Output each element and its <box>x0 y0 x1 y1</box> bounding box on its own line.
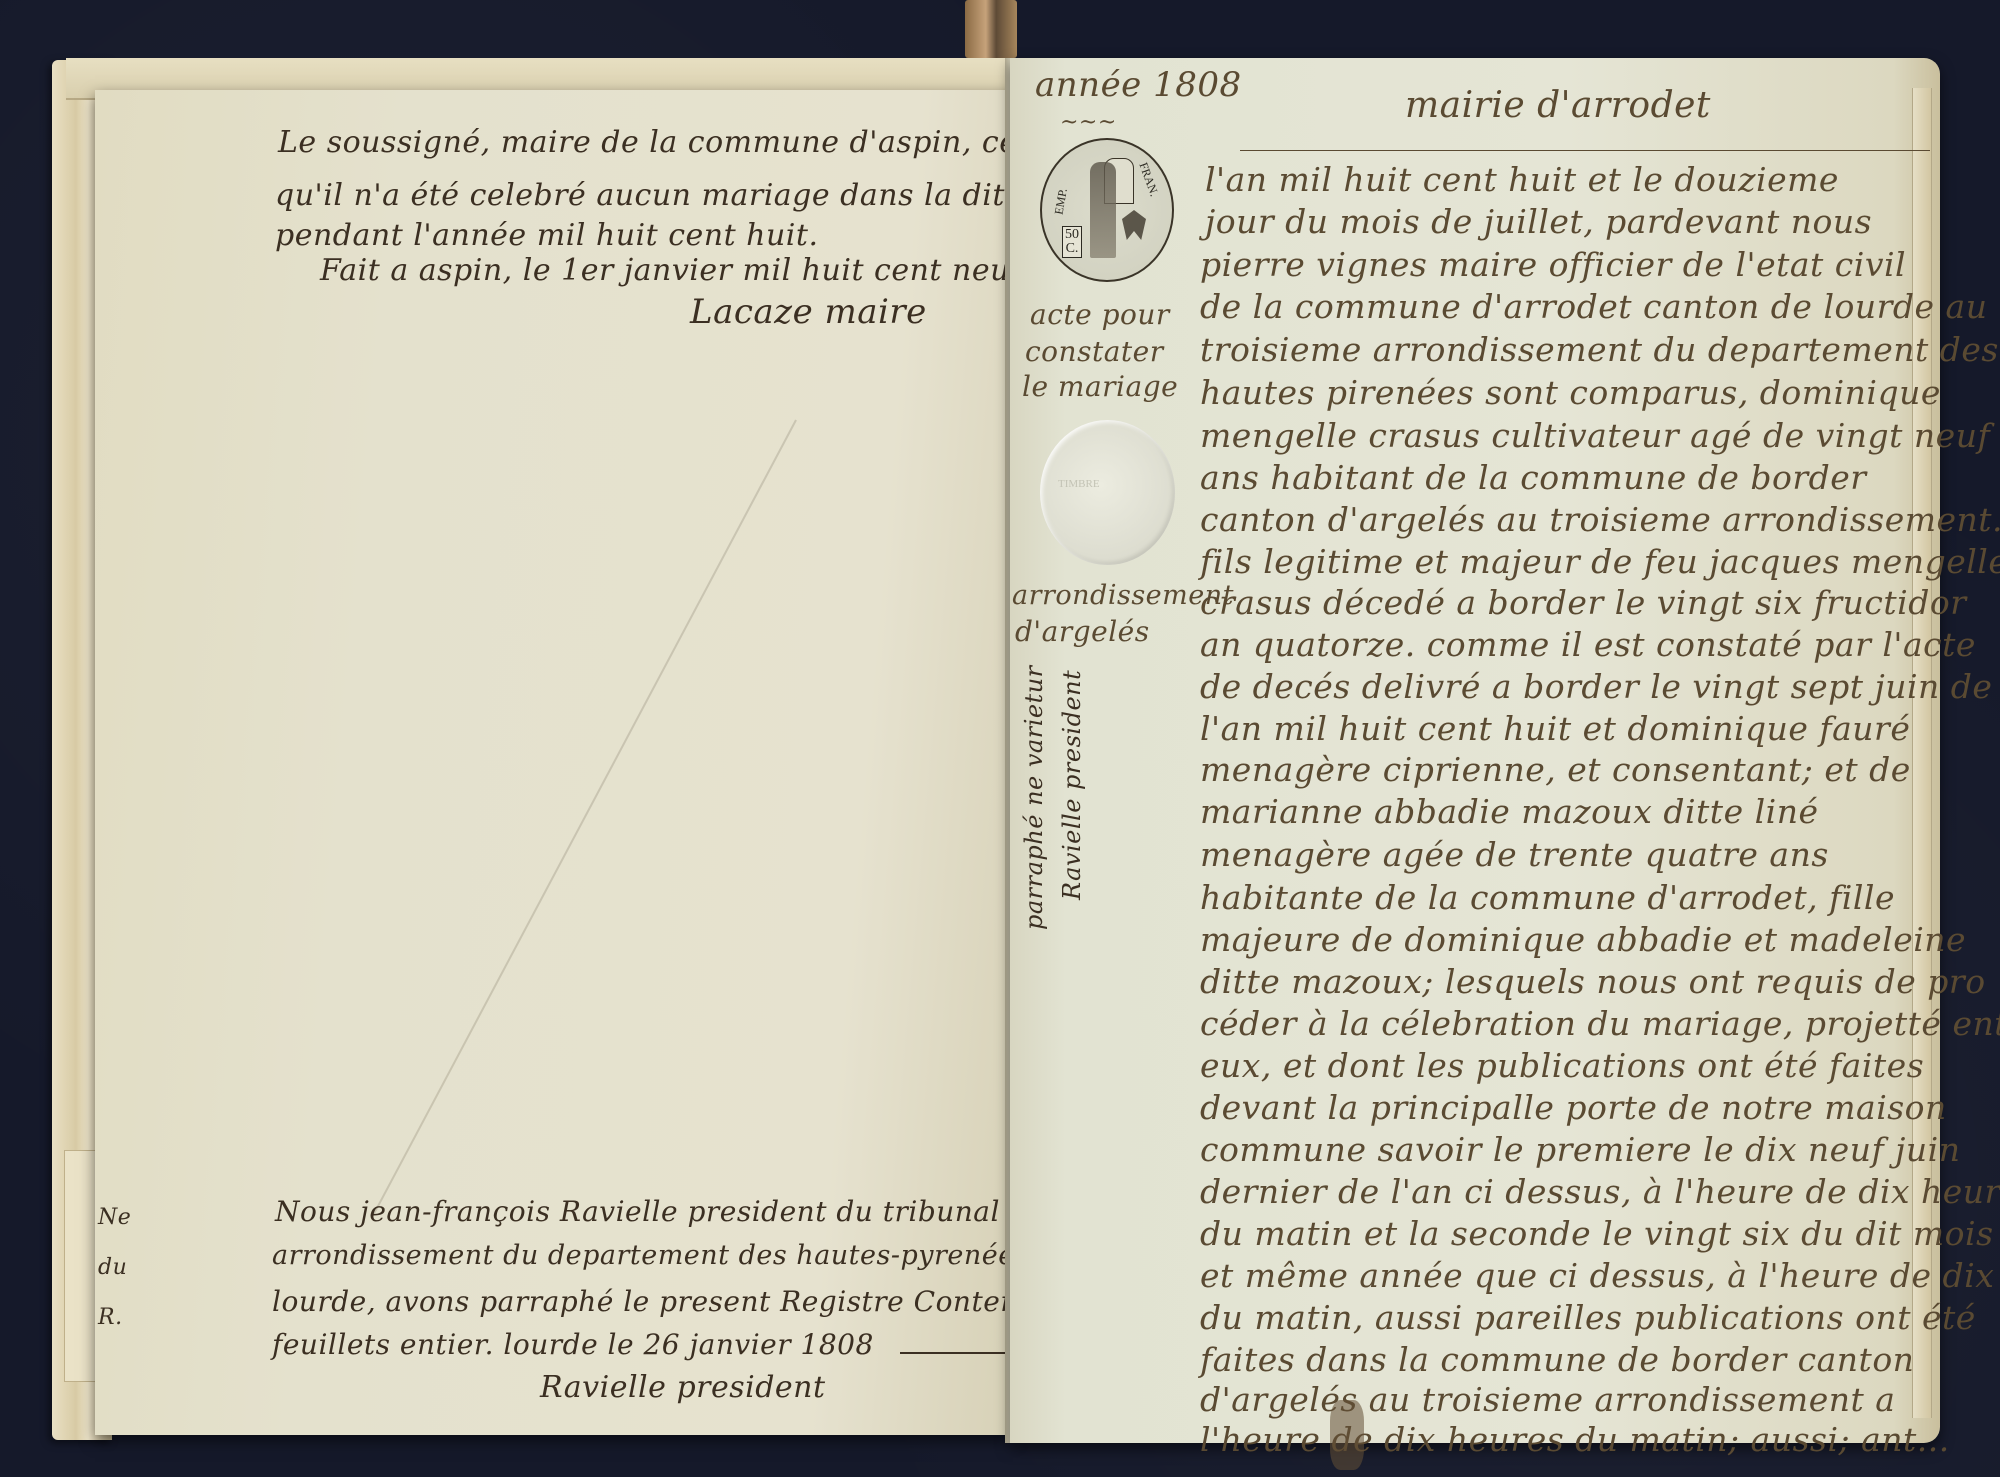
body-line: et même année que ci dessus, à l'heure d… <box>1200 1256 2000 1295</box>
body-line: crasus décedé a border le vingt six fruc… <box>1200 583 1967 622</box>
body-line: majeure de dominique abbadie et madelein… <box>1200 920 1966 959</box>
body-line: fils legitime et majeur de feu jacques m… <box>1200 542 2000 581</box>
body-line: menagère agée de trente quatre ans <box>1200 835 1829 874</box>
body-line: menagère ciprienne, et consentant; et de <box>1200 750 1911 789</box>
body-line: an quatorze. comme il est constaté par l… <box>1200 625 1976 664</box>
body-line: mengelle crasus cultivateur agé de vingt… <box>1200 416 1990 455</box>
stamp-right-text: FRAN. <box>1135 160 1161 198</box>
body-line: ans habitant de la commune de border <box>1200 458 1867 497</box>
paraphe-line: arrondissement du departement des hautes… <box>272 1240 1107 1271</box>
body-line: dernier de l'an ci dessus, à l'heure de … <box>1200 1172 2000 1211</box>
paper-crease <box>373 420 797 1216</box>
certificate-line: Le soussigné, maire de la commune d'aspi… <box>278 125 1095 160</box>
body-line: marianne abbadie mazoux ditte liné <box>1200 792 1818 831</box>
margin-line: d'argelés <box>1015 615 1150 648</box>
certificate-line: Fait a aspin, le 1er janvier mil huit ce… <box>320 253 1030 288</box>
flourish-mark: ~~~ <box>1060 110 1117 135</box>
stamp-figure <box>1090 162 1116 258</box>
certificate-signature: Lacaze maire <box>690 292 927 332</box>
body-line: commune savoir le premiere le dix neuf j… <box>1200 1130 1960 1169</box>
tax-stamp: EMP. FRAN. 50 C. <box>1040 138 1174 282</box>
body-line: de la commune d'arrodet canton de lourde… <box>1200 287 1987 326</box>
stamp-value-unit: C. <box>1066 241 1079 256</box>
margin-line: constater <box>1025 335 1164 368</box>
body-line: devant la principalle porte de notre mai… <box>1200 1088 1947 1127</box>
body-line: d'argelés au troisieme arrondissement a <box>1200 1380 1895 1419</box>
edge-fragment: du <box>98 1255 127 1280</box>
body-line: troisieme arrondissement du departement … <box>1200 330 1999 369</box>
body-line: céder à la célebration du mariage, proje… <box>1200 1004 2000 1043</box>
body-line: l'an mil huit cent huit et le douzieme <box>1205 160 1839 199</box>
body-line: de decés delivré a border le vingt sept … <box>1200 667 1992 706</box>
body-line: faites dans la commune de border canton <box>1200 1340 1914 1379</box>
year-header: année 1808 <box>1035 65 1242 105</box>
body-line: l'heure de dix heures du matin; aussi; a… <box>1200 1420 1950 1459</box>
eagle-icon <box>1122 210 1146 240</box>
body-line: du matin, aussi pareilles publications o… <box>1200 1298 1976 1337</box>
embossed-seal: TIMBRE <box>1040 420 1175 565</box>
margin-line: acte pour <box>1030 298 1170 331</box>
stamp-left-text: EMP. <box>1051 187 1070 216</box>
stamp-value-number: 50 <box>1065 227 1079 242</box>
paraphe-line: lourde, avons parraphé le present Regist… <box>272 1285 1066 1318</box>
mairie-header: mairie d'arrodet <box>1405 85 1711 126</box>
header-rule <box>1240 150 1930 151</box>
body-line: l'an mil huit cent huit et dominique fau… <box>1200 709 1910 748</box>
edge-fragment: Ne <box>98 1205 131 1230</box>
paraphe-line: feuillets entier. lourde le 26 janvier 1… <box>272 1328 874 1361</box>
body-line: hautes pirenées sont comparus, dominique <box>1200 373 1941 412</box>
vertical-note: parraphé ne varietur <box>1020 665 1048 930</box>
body-line: du matin et la seconde le vingt six du d… <box>1200 1214 1994 1253</box>
body-line: eux, et dont les publications ont été fa… <box>1200 1046 1924 1085</box>
edge-fragment: R. <box>98 1305 123 1330</box>
body-line: pierre vignes maire officier de l'etat c… <box>1200 245 1906 284</box>
body-line: jour du mois de juillet, pardevant nous <box>1205 202 1872 241</box>
stamp-value: 50 C. <box>1062 226 1082 258</box>
paraphe-line: Nous jean-françois Ravielle president du… <box>275 1195 1046 1228</box>
body-line: habitante de la commune d'arrodet, fille <box>1200 878 1895 917</box>
certificate-line: pendant l'année mil huit cent huit. <box>275 218 819 253</box>
vertical-note: Ravielle president <box>1058 670 1086 900</box>
flourish-line <box>900 1352 1010 1354</box>
emboss-text: TIMBRE <box>1058 478 1100 490</box>
margin-line: le mariage <box>1022 370 1178 403</box>
body-line: canton d'argelés au troisieme arrondisse… <box>1200 500 2000 539</box>
body-line: ditte mazoux; lesquels nous ont requis d… <box>1200 962 1986 1001</box>
paraphe-signature: Ravielle president <box>540 1370 826 1405</box>
binding-tie <box>965 0 1017 58</box>
ink-stain <box>1330 1400 1364 1470</box>
